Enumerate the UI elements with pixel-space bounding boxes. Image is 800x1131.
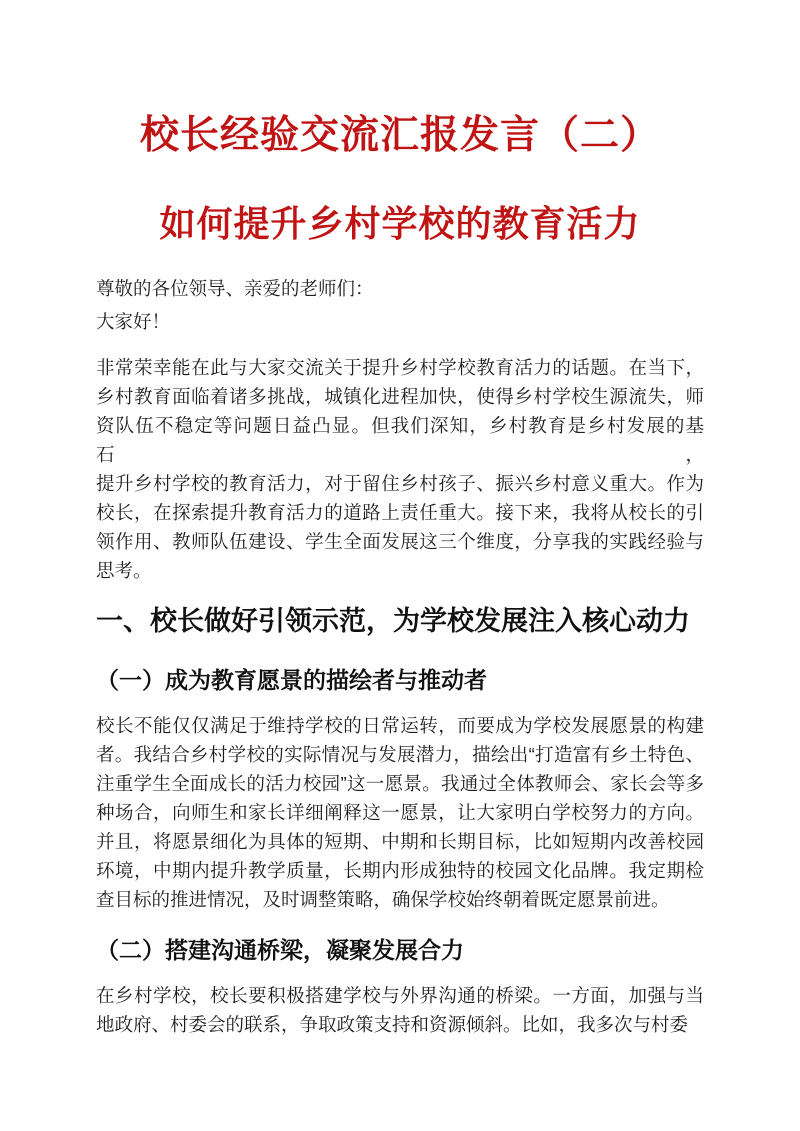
salutation-line: 尊敬的各位领导、亲爱的老师们： xyxy=(96,274,704,303)
main-title: 校长经验交流汇报发言（二） xyxy=(96,112,704,160)
section-1-2-heading: （二）搭建沟通桥梁，凝聚发展合力 xyxy=(96,935,704,965)
section-1-2-paragraph: 在乡村学校，校长要积极搭建学校与外界沟通的桥梁。一方面，加强与当地政府、村委会的… xyxy=(96,981,704,1039)
text-line: 地政府、村委会的联系，争取政策支持和资源倾斜。比如，我多次与村委 xyxy=(96,1010,704,1039)
text-line: 查目标的推进情况，及时调整策略，确保学校始终朝着既定愿景前进。 xyxy=(96,885,704,914)
speech-document-page: 校长经验交流汇报发言（二） 如何提升乡村学校的教育活力 尊敬的各位领导、亲爱的老… xyxy=(0,0,800,1131)
text-line: 环境，中期内提升教学质量，长期内形成独特的校园文化品牌。我定期检 xyxy=(96,856,704,885)
section-1-heading: 一、校长做好引领示范，为学校发展注入核心动力 xyxy=(96,603,704,639)
subtitle: 如何提升乡村学校的教育活力 xyxy=(96,202,704,246)
greeting-line: 大家好！ xyxy=(96,307,704,336)
text-line: 种场合，向师生和家长详细阐释这一愿景，让大家明白学校努力的方向。 xyxy=(96,798,704,827)
text-line: 领作用、教师队伍建设、学生全面发展这三个维度，分享我的实践经验与 xyxy=(96,527,704,556)
text-line: 并且，将愿景细化为具体的短期、中期和长期目标，比如短期内改善校园 xyxy=(96,827,704,856)
text-line: 者。我结合乡村学校的实际情况与发展潜力，描绘出“打造富有乡土特色、 xyxy=(96,740,704,769)
text-line: 校长不能仅仅满足于维持学校的日常运转，而要成为学校发展愿景的构建 xyxy=(96,711,704,740)
section-1-1-paragraph: 校长不能仅仅满足于维持学校的日常运转，而要成为学校发展愿景的构建者。我结合乡村学… xyxy=(96,711,704,914)
section-1-1-heading: （一）成为教育愿景的描绘者与推动者 xyxy=(96,665,704,695)
text-line: 注重学生全面成长的活力校园”这一愿景。我通过全体教师会、家长会等多 xyxy=(96,769,704,798)
text-line: 校长，在探索提升教育活力的道路上责任重大。接下来，我将从校长的引 xyxy=(96,498,704,527)
text-line: 提升乡村学校的教育活力，对于留住乡村孩子、振兴乡村意义重大。作为 xyxy=(96,469,704,498)
text-line: 非常荣幸能在此与大家交流关于提升乡村学校教育活力的话题。在当下， xyxy=(96,353,704,382)
text-line: 资队伍不稳定等问题日益凸显。但我们深知，乡村教育是乡村发展的基石， xyxy=(96,411,704,469)
text-line: 在乡村学校，校长要积极搭建学校与外界沟通的桥梁。一方面，加强与当 xyxy=(96,981,704,1010)
text-line: 乡村教育面临着诸多挑战，城镇化进程加快，使得乡村学校生源流失，师 xyxy=(96,382,704,411)
intro-paragraph: 非常荣幸能在此与大家交流关于提升乡村学校教育活力的话题。在当下，乡村教育面临着诸… xyxy=(96,353,704,585)
text-line: 思考。 xyxy=(96,556,704,585)
